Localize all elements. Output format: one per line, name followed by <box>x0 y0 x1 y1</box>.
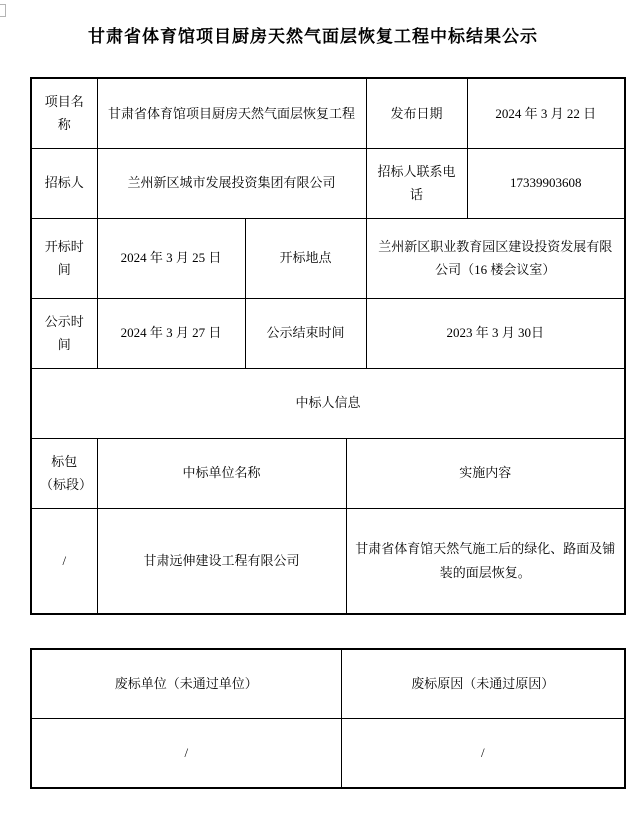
publish-date-label: 发布日期 <box>366 78 467 148</box>
tenderee-value: 兰州新区城市发展投资集团有限公司 <box>97 148 366 218</box>
bid-opening-place-value: 兰州新区职业教育园区建设投资发展有限公司（16 楼会议室） <box>366 218 625 298</box>
table-row: / 甘肃远伸建设工程有限公司 甘肃省体育馆天然气施工后的绿化、路面及铺装的面层恢… <box>31 508 625 614</box>
content-value: 甘肃省体育馆天然气施工后的绿化、路面及铺装的面层恢复。 <box>346 508 625 614</box>
table-row: 项目名称 甘肃省体育馆项目厨房天然气面层恢复工程 发布日期 2024 年 3 月… <box>31 78 625 148</box>
project-name-value: 甘肃省体育馆项目厨房天然气面层恢复工程 <box>97 78 366 148</box>
bid-result-table: 项目名称 甘肃省体育馆项目厨房天然气面层恢复工程 发布日期 2024 年 3 月… <box>30 77 626 615</box>
bid-opening-place-label: 开标地点 <box>245 218 366 298</box>
tenderee-phone-value: 17339903608 <box>467 148 625 218</box>
publicity-end-value: 2023 年 3 月 30日 <box>366 298 625 368</box>
bid-opening-time-value: 2024 年 3 月 25 日 <box>97 218 245 298</box>
rejected-unit-column-header: 废标单位（未通过单位） <box>31 649 341 718</box>
publicity-end-label: 公示结束时间 <box>245 298 366 368</box>
table-row: 招标人 兰州新区城市发展投资集团有限公司 招标人联系电话 17339903608 <box>31 148 625 218</box>
winner-section-title: 中标人信息 <box>31 368 625 438</box>
table-row: 标包（标段） 中标单位名称 实施内容 <box>31 438 625 508</box>
tenderee-phone-label: 招标人联系电话 <box>366 148 467 218</box>
table-row: 公示时间 2024 年 3 月 27 日 公示结束时间 2023 年 3 月 3… <box>31 298 625 368</box>
rejected-bids-table: 废标单位（未通过单位） 废标原因（未通过原因） / / <box>30 648 626 789</box>
section-value: / <box>31 508 97 614</box>
publish-date-value: 2024 年 3 月 22 日 <box>467 78 625 148</box>
table-row: 中标人信息 <box>31 368 625 438</box>
publicity-start-value: 2024 年 3 月 27 日 <box>97 298 245 368</box>
table-row: 开标时间 2024 年 3 月 25 日 开标地点 兰州新区职业教育园区建设投资… <box>31 218 625 298</box>
content-column-header: 实施内容 <box>346 438 625 508</box>
project-name-label: 项目名称 <box>31 78 97 148</box>
publicity-start-label: 公示时间 <box>31 298 97 368</box>
section-column-header: 标包（标段） <box>31 438 97 508</box>
bid-opening-time-label: 开标时间 <box>31 218 97 298</box>
table-row: 废标单位（未通过单位） 废标原因（未通过原因） <box>31 649 625 718</box>
rejected-reason-value: / <box>341 718 625 788</box>
page-title: 甘肃省体育馆项目厨房天然气面层恢复工程中标结果公示 <box>0 22 626 47</box>
winner-unit-value: 甘肃远伸建设工程有限公司 <box>97 508 346 614</box>
winner-unit-column-header: 中标单位名称 <box>97 438 346 508</box>
table-row: / / <box>31 718 625 788</box>
rejected-reason-column-header: 废标原因（未通过原因） <box>341 649 625 718</box>
tenderee-label: 招标人 <box>31 148 97 218</box>
screenshot-edge-artifact <box>0 4 6 17</box>
rejected-unit-value: / <box>31 718 341 788</box>
